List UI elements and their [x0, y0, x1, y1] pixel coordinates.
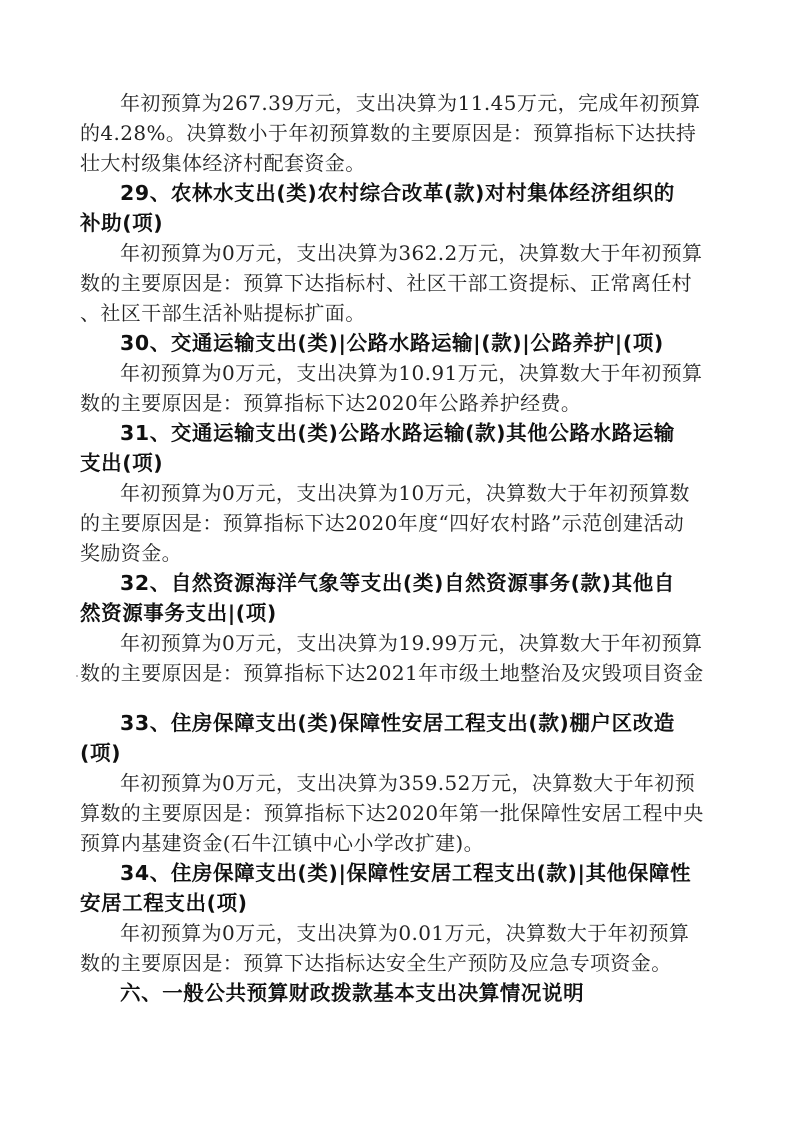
section-heading-line: 34、住房保障支出(类)|保障性安居工程支出(款)|其他保障性 [120, 863, 691, 884]
section-heading-line: 支出(项) [80, 453, 163, 474]
paragraph-line: 年初预算为0万元，支出决算为10万元，决算数大于年初预算数 [120, 483, 690, 503]
section-heading-line: 33、住房保障支出(类)保障性安居工程支出(款)棚户区改造 [120, 713, 675, 734]
paragraph-line: 算数的主要原因是：预算指标下达2020年第一批保障性安居工程中央 [80, 803, 704, 823]
paragraph-line: 预算内基建资金(石牛江镇中心小学改扩建)。 [80, 833, 484, 853]
paragraph-line: 壮大村级集体经济村配套资金。 [80, 153, 366, 173]
paragraph-line: 年初预算为0万元，支出决算为10.91万元，决算数大于年初预算 [120, 363, 702, 383]
section-heading-line: 29、农林水支出(类)农村综合改革(款)对村集体经济组织的 [120, 183, 675, 204]
paragraph-line: 的主要原因是：预算指标下达2020年度“四好农村路”示范创建活动 [80, 513, 684, 533]
scan-speck [76, 675, 78, 677]
paragraph-line: 、社区干部生活补贴提标扩面。 [80, 303, 366, 323]
section-heading-line: 然资源事务支出|(项) [80, 603, 277, 624]
section-heading-line: 31、交通运输支出(类)公路水路运输(款)其他公路水路运输 [120, 423, 675, 444]
paragraph-line: 年初预算为267.39万元，支出决算为11.45万元，完成年初预算 [120, 93, 700, 113]
paragraph-line: 的4.28%。决算数小于年初预算数的主要原因是：预算指标下达扶持 [80, 123, 696, 143]
paragraph-line: 年初预算为0万元，支出决算为0.01万元，决算数大于年初预算 [120, 923, 689, 943]
paragraph-line: 数的主要原因是：预算指标下达2020年公路养护经费。 [80, 393, 581, 413]
section-heading-line: 32、自然资源海洋气象等支出(类)自然资源事务(款)其他自 [120, 573, 675, 594]
paragraph-line: 年初预算为0万元，支出决算为19.99万元，决算数大于年初预算 [120, 633, 702, 653]
paragraph-line: 数的主要原因是：预算下达指标达安全生产预防及应急专项资金。 [80, 953, 672, 973]
paragraph-line: 奖励资金。 [80, 543, 182, 563]
paragraph-line: 数的主要原因是：预算指标下达2021年市级土地整治及灾毁项目资金 [80, 663, 704, 683]
section-heading-line: (项) [80, 743, 121, 764]
section-heading-line: 30、交通运输支出(类)|公路水路运输|(款)|公路养护|(项) [120, 333, 664, 354]
section-heading-line: 六、一般公共预算财政拨款基本支出决算情况说明 [120, 983, 584, 1004]
paragraph-line: 年初预算为0万元，支出决算为362.2万元，决算数大于年初预算 [120, 243, 702, 263]
section-heading-line: 补助(项) [80, 213, 163, 234]
section-heading-line: 安居工程支出(项) [80, 893, 248, 914]
paragraph-line: 数的主要原因是：预算下达指标村、社区干部工资提标、正常离任村 [80, 273, 692, 293]
paragraph-line: 年初预算为0万元，支出决算为359.52万元，决算数大于年初预 [120, 773, 695, 793]
